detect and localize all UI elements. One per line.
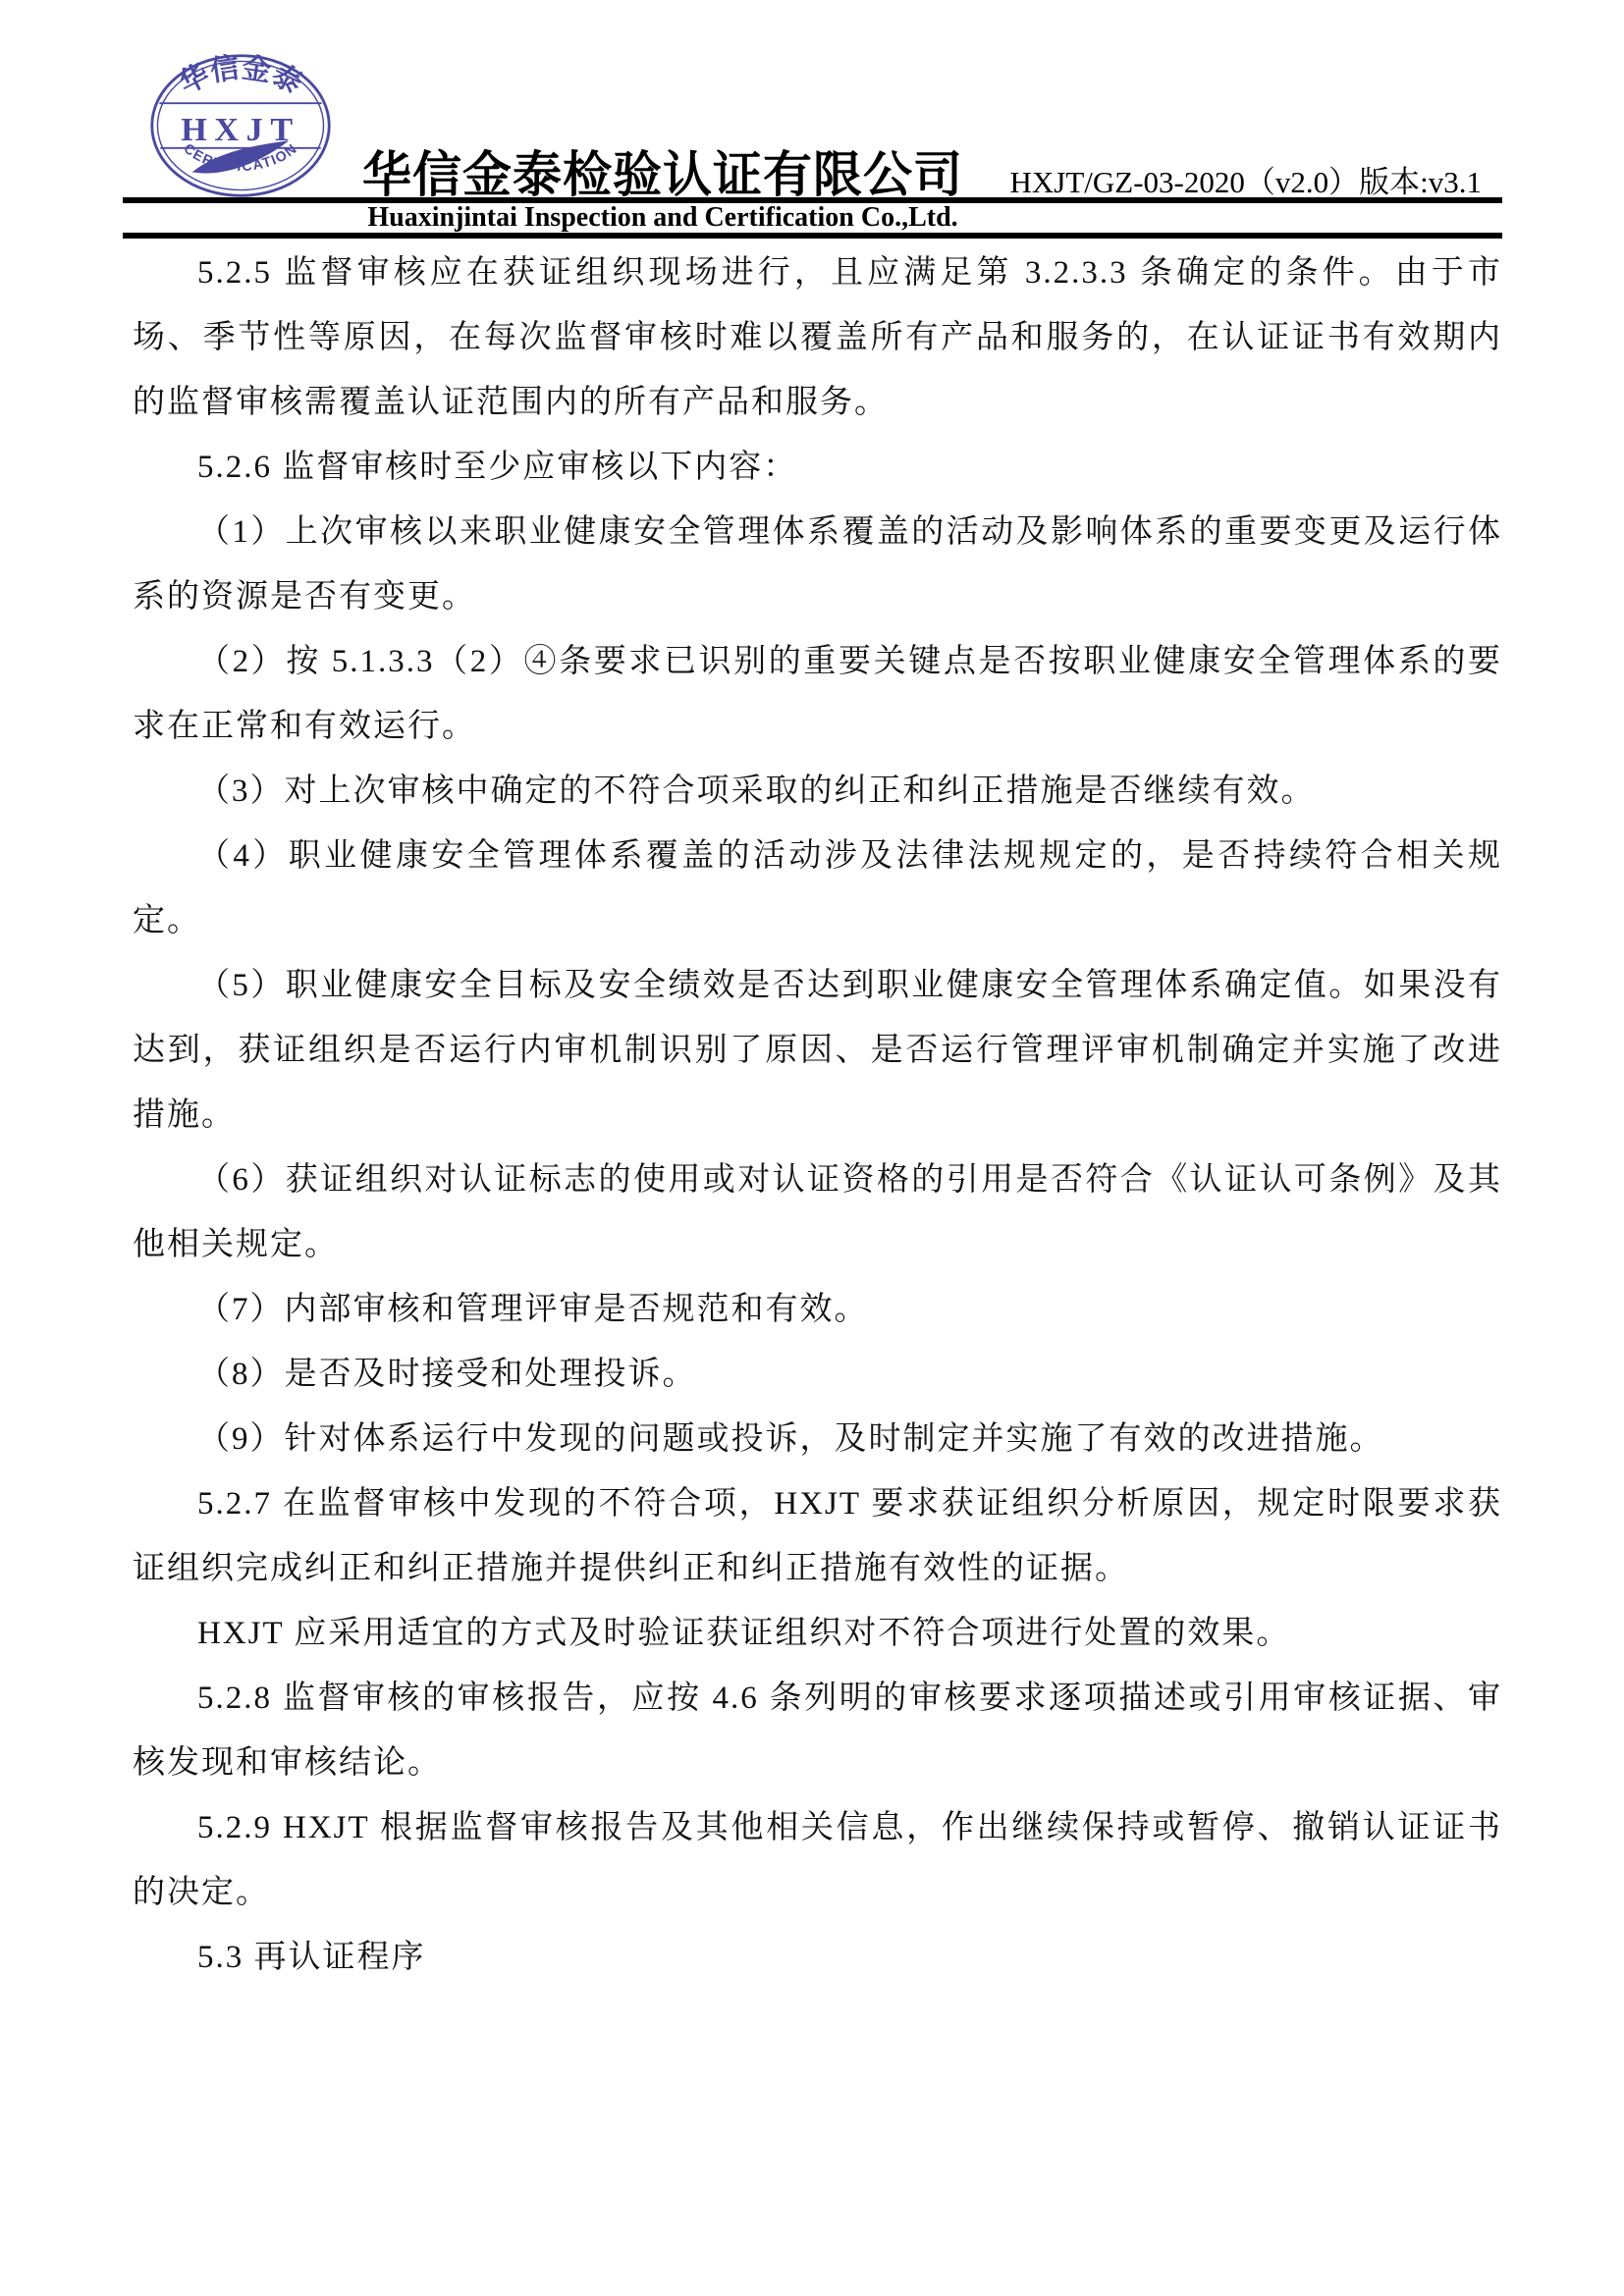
list-item-8: （8）是否及时接受和处理投诉。 [133,1342,1502,1407]
list-item-2: （2）按 5.1.3.3（2）④条要求已识别的重要关键点是否按职业健康安全管理体… [133,629,1502,759]
seal-top-text: 华信金泰 [174,51,307,100]
list-item-6: （6）获证组织对认证标志的使用或对认证资格的引用是否符合《认证认可条例》及其他相… [133,1148,1502,1277]
list-item-7: （7）内部审核和管理评审是否规范和有效。 [133,1277,1502,1342]
paragraph-5-2-7: 5.2.7 在监督审核中发现的不符合项，HXJT 要求获证组织分析原因，规定时限… [133,1471,1502,1601]
paragraph-hxjt-verify: HXJT 应采用适宜的方式及时验证获证组织对不符合项进行处置的效果。 [133,1601,1502,1666]
paragraph-5-2-6: 5.2.6 监督审核时至少应审核以下内容： [133,435,1502,500]
company-name-en: Huaxinjintai Inspection and Certificatio… [367,202,957,234]
heading-5-3: 5.3 再认证程序 [133,1925,1502,1990]
document-page: 华信金泰 HXJT CERTIFICATION 华信金泰检验认证有限公司 HXJ… [0,0,1624,2296]
company-name-cn: 华信金泰检验认证有限公司 [362,135,963,206]
paragraph-5-2-5: 5.2.5 监督审核应在获证组织现场进行，且应满足第 3.2.3.3 条确定的条… [133,240,1502,435]
list-item-9: （9）针对体系运行中发现的问题或投诉，及时制定并实施了有效的改进措施。 [133,1407,1502,1471]
list-item-3: （3）对上次审核中确定的不符合项采取的纠正和纠正措施是否继续有效。 [133,759,1502,824]
paragraph-5-2-8: 5.2.8 监督审核的审核报告，应按 4.6 条列明的审核要求逐项描述或引用审核… [133,1666,1502,1795]
list-item-5: （5）职业健康安全目标及安全绩效是否达到职业健康安全管理体系确定值。如果没有达到… [133,953,1502,1148]
document-code: HXJT/GZ-03-2020（v2.0）版本:v3.1 [1010,157,1482,201]
document-body: 5.2.5 监督审核应在获证组织现场进行，且应满足第 3.2.3.3 条确定的条… [133,240,1502,1990]
svg-text:华信金泰: 华信金泰 [174,51,307,100]
list-item-4: （4）职业健康安全管理体系覆盖的活动涉及法律法规规定的，是否持续符合相关规定。 [133,824,1502,953]
list-item-1: （1）上次审核以来职业健康安全管理体系覆盖的活动及影响体系的重要变更及运行体系的… [133,500,1502,629]
company-seal-logo: 华信金泰 HXJT CERTIFICATION [147,51,334,200]
header-rule-bottom [123,233,1502,239]
paragraph-5-2-9: 5.2.9 HXJT 根据监督审核报告及其他相关信息，作出继续保持或暂停、撤销认… [133,1795,1502,1925]
